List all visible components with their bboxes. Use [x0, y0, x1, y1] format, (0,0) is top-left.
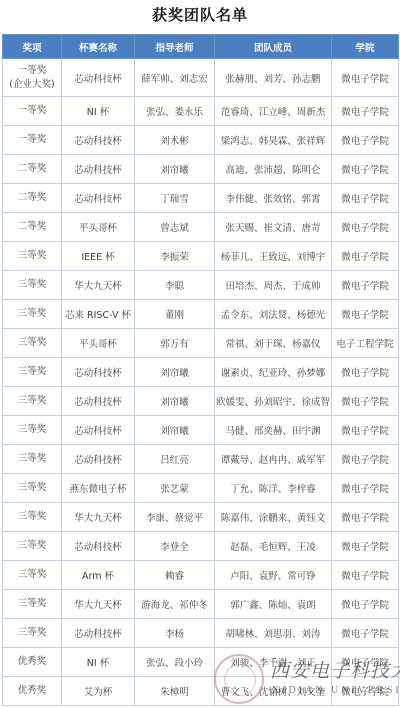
cell-award: 优秀奖 — [3, 648, 62, 677]
award-label: 二等奖 — [4, 162, 60, 176]
cell-cup: 芯动科技杯 — [62, 155, 135, 184]
award-label: 三等奖 — [4, 365, 60, 379]
award-label: 优秀奖 — [4, 655, 60, 669]
cell-members: 高迪、张沛超、陈明仑 — [215, 155, 332, 184]
table-row: 三等奖芯动科技杯刘帘曦欧媛雯、孙刘昭宇、徐成智微电子学院 — [3, 387, 399, 416]
award-label: 三等奖 — [4, 278, 60, 292]
table-row: 三等奖燕东微电子杯张艺蒙丁允、陈洋、李梓睿微电子学院 — [3, 474, 399, 503]
cell-members: 刘骏、李千澍、刘正 — [215, 648, 332, 677]
award-label: 一等奖 — [4, 64, 60, 78]
cell-award: 一等奖 — [3, 97, 62, 126]
table-row: 一等奖芯动科技杯刘术彬梁鸿志、韩昊霖、张祥辉微电子学院 — [3, 126, 399, 155]
table-row: 优秀奖NI 杯张弘、段小玲刘骏、李千澍、刘正微电子学院 — [3, 648, 399, 677]
table-row: 三等奖芯动科技杯李杨胡啸林、刘思羽、刘涛微电子学院 — [3, 619, 399, 648]
cell-advisor: 刘帘曦 — [135, 387, 215, 416]
cell-cup: 燕东微电子杯 — [62, 474, 135, 503]
cell-advisor: 刘帘曦 — [135, 155, 215, 184]
cell-cup: IEEE 杯 — [62, 242, 135, 271]
cell-members: 常祺、刘于琛、杨嘉仪 — [215, 329, 332, 358]
table-row: 优秀奖艾为杯朱樟明曹文飞、沈愉树、刘文奎微电子学院 — [3, 677, 399, 706]
header-members: 团队成员 — [215, 35, 332, 59]
table-row: 三等奖IEEE 杯李振荣杨菲儿、王致远、刘博宇微电子学院 — [3, 242, 399, 271]
cell-members: 杨菲儿、王致远、刘博宇 — [215, 242, 332, 271]
award-sublabel: (企业大奖) — [4, 78, 60, 92]
cell-cup: 艾为杯 — [62, 677, 135, 706]
cell-college: 微电子学院 — [332, 358, 399, 387]
award-label: 三等奖 — [4, 249, 60, 263]
cell-college: 微电子学院 — [332, 619, 399, 648]
cell-members: 张赫朋、刘芳、孙志鹏 — [215, 59, 332, 97]
cell-advisor: 李登全 — [135, 532, 215, 561]
table-row: 一等奖NI 杯张弘、娄永乐范睿琦、江立峰、周新杰微电子学院 — [3, 97, 399, 126]
cell-members: 范睿琦、江立峰、周新杰 — [215, 97, 332, 126]
cell-award: 一等奖 — [3, 126, 62, 155]
cell-college: 微电子学院 — [332, 445, 399, 474]
cell-award: 优秀奖 — [3, 677, 62, 706]
cell-advisor: 李聪 — [135, 271, 215, 300]
cell-cup: 华大九天杯 — [62, 271, 135, 300]
cell-award: 二等奖 — [3, 155, 62, 184]
cell-members: 欧媛雯、孙刘昭宇、徐成智 — [215, 387, 332, 416]
cell-cup: 芯动科技杯 — [62, 619, 135, 648]
cell-award: 三等奖 — [3, 619, 62, 648]
cell-college: 微电子学院 — [332, 213, 399, 242]
cell-cup: NI 杯 — [62, 648, 135, 677]
table-row: 三等奖芯来 RISC-V 杯董刚孟令东、刘法贤、杨德光微电子学院 — [3, 300, 399, 329]
cell-college: 微电子学院 — [332, 271, 399, 300]
cell-award: 三等奖 — [3, 561, 62, 590]
cell-members: 梁鸿志、韩昊霖、张祥辉 — [215, 126, 332, 155]
table-row: 三等奖芯动科技杯吕红亮谭戴导、赵冉冉、戚军军微电子学院 — [3, 445, 399, 474]
table-row: 二等奖芯动科技杯丁瑞雪李伟健、张效铭、郭霄微电子学院 — [3, 184, 399, 213]
cell-award: 三等奖 — [3, 242, 62, 271]
table-row: 三等奖芯动科技杯刘帘曦马健、邢奕赫、田宇渊微电子学院 — [3, 416, 399, 445]
cell-award: 一等奖(企业大奖) — [3, 59, 62, 97]
cell-award: 三等奖 — [3, 358, 62, 387]
cell-award: 三等奖 — [3, 503, 62, 532]
award-label: 二等奖 — [4, 220, 60, 234]
cell-cup: 芯动科技杯 — [62, 59, 135, 97]
table-row: 三等奖华大九天杯游海龙、祁仲冬郭广鑫、陈灿、袁朗微电子学院 — [3, 590, 399, 619]
table-row: 三等奖Arm 杯赖睿卢阳、袁野、常可铮微电子学院 — [3, 561, 399, 590]
award-label: 三等奖 — [4, 510, 60, 524]
cell-college: 微电子学院 — [332, 300, 399, 329]
table-row: 二等奖芯动科技杯刘帘曦高迪、张沛超、陈明仑微电子学院 — [3, 155, 399, 184]
award-label: 三等奖 — [4, 336, 60, 350]
award-label: 三等奖 — [4, 597, 60, 611]
header-college: 学院 — [332, 35, 399, 59]
cell-college: 微电子学院 — [332, 503, 399, 532]
cell-members: 谭戴导、赵冉冉、戚军军 — [215, 445, 332, 474]
cell-college: 微电子学院 — [332, 561, 399, 590]
cell-advisor: 刘帘曦 — [135, 416, 215, 445]
cell-advisor: 游海龙、祁仲冬 — [135, 590, 215, 619]
cell-college: 微电子学院 — [332, 387, 399, 416]
cell-advisor: 赖睿 — [135, 561, 215, 590]
header-cup: 杯赛名称 — [62, 35, 135, 59]
cell-cup: NI 杯 — [62, 97, 135, 126]
cell-members: 胡啸林、刘思羽、刘涛 — [215, 619, 332, 648]
cell-cup: 华大九天杯 — [62, 590, 135, 619]
cell-college: 微电子学院 — [332, 474, 399, 503]
header-award: 奖项 — [3, 35, 62, 59]
cell-college: 微电子学院 — [332, 59, 399, 97]
cell-advisor: 李振荣 — [135, 242, 215, 271]
cell-cup: 平头哥杯 — [62, 213, 135, 242]
award-label: 优秀奖 — [4, 684, 60, 698]
award-label: 三等奖 — [4, 626, 60, 640]
award-label: 三等奖 — [4, 568, 60, 582]
cell-cup: 芯动科技杯 — [62, 387, 135, 416]
cell-members: 马健、邢奕赫、田宇渊 — [215, 416, 332, 445]
cell-college: 电子工程学院 — [332, 329, 399, 358]
cell-advisor: 薛军帅、刘志宏 — [135, 59, 215, 97]
cell-advisor: 张弘、娄永乐 — [135, 97, 215, 126]
cell-cup: 芯动科技杯 — [62, 358, 135, 387]
cell-cup: Arm 杯 — [62, 561, 135, 590]
cell-advisor: 朱樟明 — [135, 677, 215, 706]
table-row: 一等奖(企业大奖)芯动科技杯薛军帅、刘志宏张赫朋、刘芳、孙志鹏微电子学院 — [3, 59, 399, 97]
cell-cup: 芯动科技杯 — [62, 416, 135, 445]
award-label: 三等奖 — [4, 481, 60, 495]
cell-award: 三等奖 — [3, 271, 62, 300]
table-header-row: 奖项 杯赛名称 指导老师 团队成员 学院 — [3, 35, 399, 59]
cell-advisor: 李康、蔡觉平 — [135, 503, 215, 532]
cell-award: 三等奖 — [3, 474, 62, 503]
cell-college: 微电子学院 — [332, 590, 399, 619]
cell-award: 二等奖 — [3, 213, 62, 242]
cell-members: 田培杰、周杰、于成帅 — [215, 271, 332, 300]
cell-award: 三等奖 — [3, 329, 62, 358]
cell-cup: 芯来 RISC-V 杯 — [62, 300, 135, 329]
cell-award: 三等奖 — [3, 416, 62, 445]
cell-members: 李伟健、张效铭、郭霄 — [215, 184, 332, 213]
cell-advisor: 郭万有 — [135, 329, 215, 358]
cell-college: 微电子学院 — [332, 648, 399, 677]
award-label: 三等奖 — [4, 423, 60, 437]
table-row: 三等奖芯动科技杯刘帘曦谢素贞、纪亚玲、孙梦娜微电子学院 — [3, 358, 399, 387]
cell-cup: 芯动科技杯 — [62, 126, 135, 155]
award-label: 三等奖 — [4, 452, 60, 466]
cell-advisor: 董刚 — [135, 300, 215, 329]
cell-advisor: 丁瑞雪 — [135, 184, 215, 213]
page-title: 获奖团队名单 — [0, 4, 400, 25]
award-label: 三等奖 — [4, 307, 60, 321]
cell-college: 微电子学院 — [332, 155, 399, 184]
header-advisor: 指导老师 — [135, 35, 215, 59]
cell-college: 微电子学院 — [332, 242, 399, 271]
cell-members: 卢阳、袁野、常可铮 — [215, 561, 332, 590]
cell-college: 微电子学院 — [332, 97, 399, 126]
table-row: 二等奖平头哥杯曾志斌张天赐、崔文清、唐苛微电子学院 — [3, 213, 399, 242]
cell-award: 二等奖 — [3, 184, 62, 213]
award-teams-table: 奖项 杯赛名称 指导老师 团队成员 学院 一等奖(企业大奖)芯动科技杯薛军帅、刘… — [2, 34, 399, 706]
cell-college: 微电子学院 — [332, 184, 399, 213]
cell-advisor: 吕红亮 — [135, 445, 215, 474]
cell-advisor: 刘帘曦 — [135, 358, 215, 387]
cell-college: 微电子学院 — [332, 532, 399, 561]
cell-members: 孟令东、刘法贤、杨德光 — [215, 300, 332, 329]
cell-cup: 芯动科技杯 — [62, 445, 135, 474]
award-label: 三等奖 — [4, 539, 60, 553]
table-row: 三等奖华大九天杯李康、蔡觉平陈嘉伟、涂鹏来、黄钰文微电子学院 — [3, 503, 399, 532]
cell-advisor: 张艺蒙 — [135, 474, 215, 503]
cell-award: 三等奖 — [3, 300, 62, 329]
cell-cup: 芯动科技杯 — [62, 532, 135, 561]
cell-members: 赵磊、毛恒辉、王凌 — [215, 532, 332, 561]
cell-college: 微电子学院 — [332, 677, 399, 706]
table-row: 三等奖平头哥杯郭万有常祺、刘于琛、杨嘉仪电子工程学院 — [3, 329, 399, 358]
cell-advisor: 刘术彬 — [135, 126, 215, 155]
cell-advisor: 李杨 — [135, 619, 215, 648]
cell-cup: 芯动科技杯 — [62, 184, 135, 213]
award-label: 二等奖 — [4, 191, 60, 205]
cell-award: 三等奖 — [3, 387, 62, 416]
cell-members: 谢素贞、纪亚玲、孙梦娜 — [215, 358, 332, 387]
cell-members: 陈嘉伟、涂鹏来、黄钰文 — [215, 503, 332, 532]
award-label: 三等奖 — [4, 394, 60, 408]
award-label: 一等奖 — [4, 104, 60, 118]
cell-members: 丁允、陈洋、李梓睿 — [215, 474, 332, 503]
cell-advisor: 曾志斌 — [135, 213, 215, 242]
cell-members: 曹文飞、沈愉树、刘文奎 — [215, 677, 332, 706]
cell-award: 三等奖 — [3, 590, 62, 619]
cell-cup: 华大九天杯 — [62, 503, 135, 532]
cell-college: 微电子学院 — [332, 126, 399, 155]
cell-members: 张天赐、崔文清、唐苛 — [215, 213, 332, 242]
cell-college: 微电子学院 — [332, 416, 399, 445]
cell-advisor: 张弘、段小玲 — [135, 648, 215, 677]
table-row: 三等奖华大九天杯李聪田培杰、周杰、于成帅微电子学院 — [3, 271, 399, 300]
table-row: 三等奖芯动科技杯李登全赵磊、毛恒辉、王凌微电子学院 — [3, 532, 399, 561]
cell-cup: 平头哥杯 — [62, 329, 135, 358]
cell-award: 三等奖 — [3, 532, 62, 561]
cell-members: 郭广鑫、陈灿、袁朗 — [215, 590, 332, 619]
award-label: 一等奖 — [4, 133, 60, 147]
cell-award: 三等奖 — [3, 445, 62, 474]
